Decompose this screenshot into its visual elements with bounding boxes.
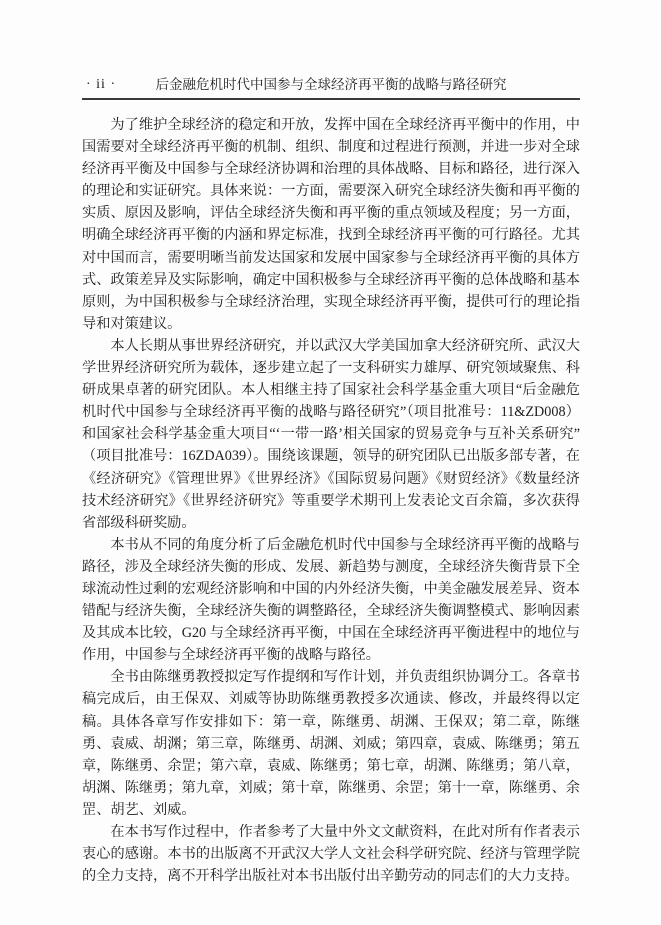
- header-rule: [82, 98, 580, 100]
- paragraph-3: 本书从不同的角度分析了后金融危机时代中国参与全球经济再平衡的战略与路径，涉及全球…: [82, 534, 580, 667]
- running-title: 后金融危机时代中国参与全球经济再平衡的战略与路径研究: [82, 73, 580, 93]
- page-content: · ii · 后金融危机时代中国参与全球经济再平衡的战略与路径研究 为了维护全球…: [82, 72, 580, 887]
- body-text: 为了维护全球经济的稳定和开放，发挥中国在全球经济再平衡中的作用，中国需要对全球经…: [82, 114, 580, 887]
- paragraph-5: 在本书写作过程中，作者参考了大量中外文文献资料，在此对所有作者表示衷心的感谢。本…: [82, 821, 580, 887]
- paragraph-1: 为了维护全球经济的稳定和开放，发挥中国在全球经济再平衡中的作用，中国需要对全球经…: [82, 114, 580, 335]
- paragraph-2: 本人长期从事世界经济研究，并以武汉大学美国加拿大经济研究所、武汉大学世界经济研究…: [82, 335, 580, 534]
- book-page: · ii · 后金融危机时代中国参与全球经济再平衡的战略与路径研究 为了维护全球…: [0, 0, 661, 925]
- page-header: · ii · 后金融危机时代中国参与全球经济再平衡的战略与路径研究: [82, 72, 580, 93]
- paragraph-4: 全书由陈继勇教授拟定写作提纲和写作计划，并负责组织协调分工。各章书稿完成后，由王…: [82, 666, 580, 821]
